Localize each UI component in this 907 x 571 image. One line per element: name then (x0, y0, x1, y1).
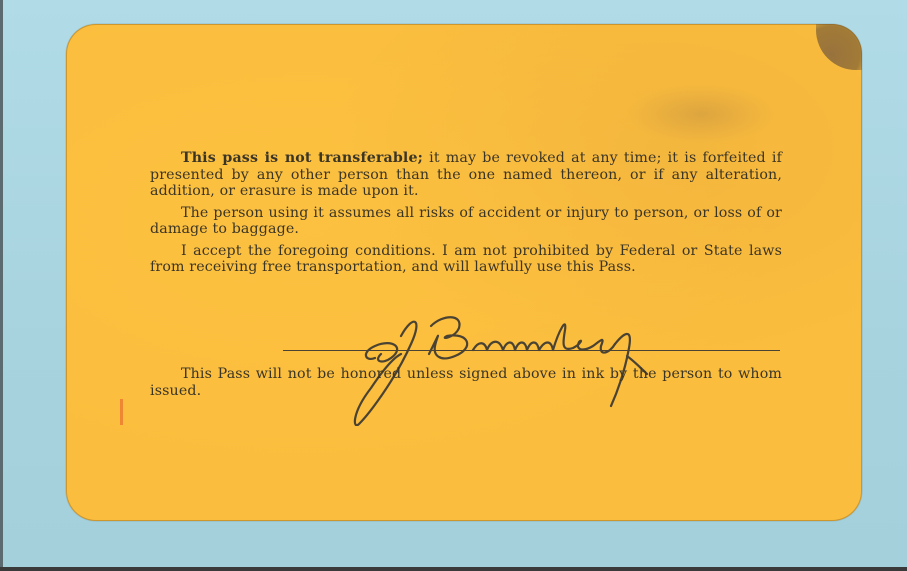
condition-paragraph-1: This pass is not transferable; it may be… (150, 150, 782, 200)
not-transferable-heading: This pass is not transferable; (181, 150, 423, 166)
footer-paragraph: This Pass will not be honored unless sig… (150, 366, 782, 399)
signature-requirement-text: This Pass will not be honored unless sig… (150, 366, 782, 404)
condition-paragraph-3: I accept the foregoing conditions. I am … (150, 243, 782, 276)
condition-paragraph-2: The person using it assumes all risks of… (150, 205, 782, 238)
pass-card: This pass is not transferable; it may be… (66, 24, 862, 521)
signature-icon (283, 296, 780, 426)
conditions-text: This pass is not transferable; it may be… (150, 150, 782, 281)
worn-corner (816, 24, 862, 70)
footer-text: This Pass will not be honored unless sig… (150, 366, 782, 399)
stamp-smudge (626, 84, 776, 144)
condition-text-2: The person using it assumes all risks of… (150, 205, 782, 238)
condition-text-3: I accept the foregoing conditions. I am … (150, 243, 782, 276)
mat-bottom-edge (0, 567, 907, 571)
mat-left-edge (0, 0, 3, 571)
red-mark (120, 399, 123, 425)
